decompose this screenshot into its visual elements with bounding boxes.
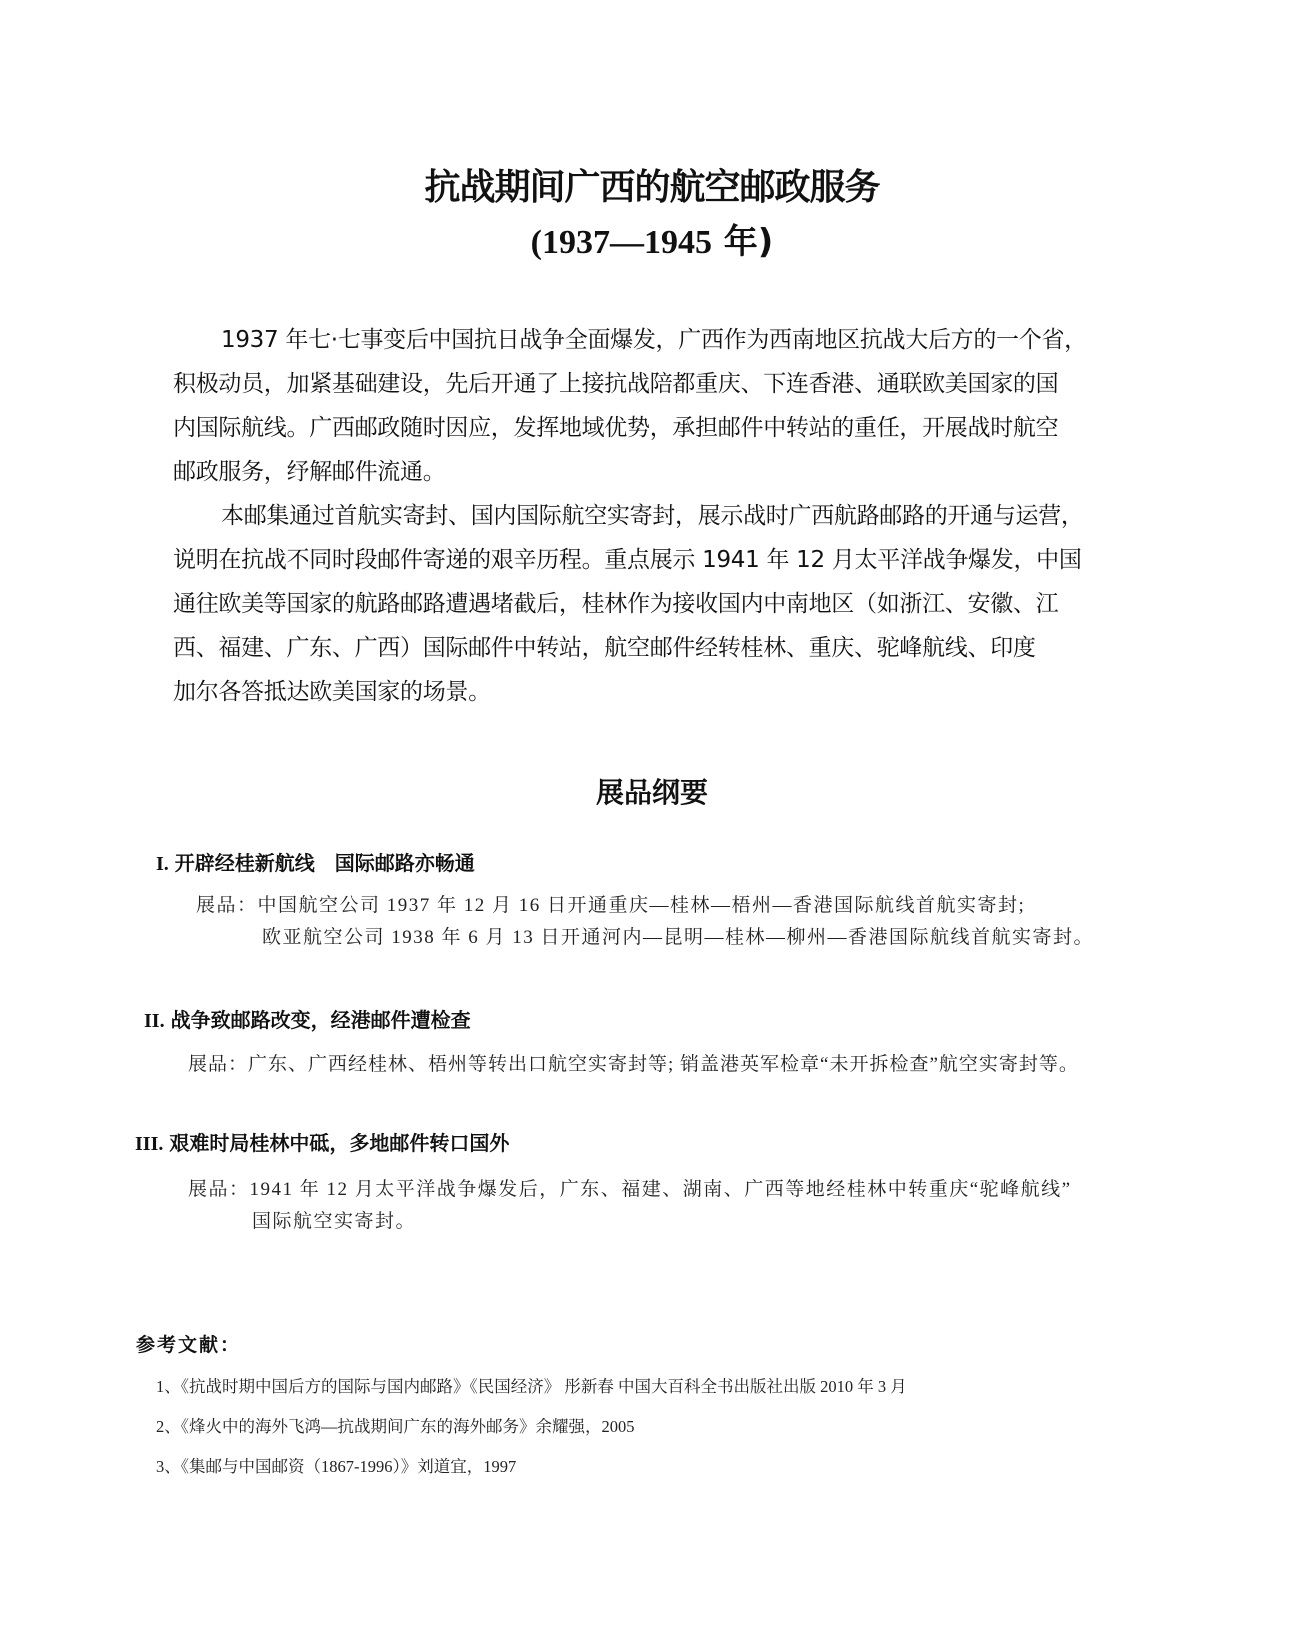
exhibit-line: 展品：广东、广西经桂林、梧州等转出口航空实寄封等; 销盖港英军检章“未开拆检查”…: [188, 1049, 1079, 1081]
section-heading-text: 开辟经桂新航线 国际邮路亦畅通: [175, 851, 475, 875]
outline-section-heading-2: II.战争致邮路改变，经港邮件遭检查: [144, 1005, 471, 1036]
exhibit-line: 展品：1941 年 12 月太平洋战争爆发后，广东、福建、湖南、广西等地经桂林中…: [188, 1174, 1072, 1206]
section-heading-text: 战争致邮路改变，经港邮件遭检查: [171, 1008, 471, 1032]
subtitle-suffix: 年): [712, 222, 773, 262]
document-title: 抗战期间广西的航空邮政服务: [0, 166, 1304, 210]
exhibit-line: 欧亚航空公司 1938 年 6 月 13 日开通河内—昆明—桂林—柳州—香港国际…: [262, 922, 1094, 954]
document-subtitle: (1937—1945 年): [0, 220, 1304, 265]
intro-line: 说明在抗战不同时段邮件寄递的艰辛历程。重点展示 1941 年 12 月太平洋战争…: [173, 538, 1133, 582]
intro-line: 加尔各答抵达欧美国家的场景。: [173, 670, 1133, 714]
exhibit-line: 展品：中国航空公司 1937 年 12 月 16 日开通重庆—桂林—梧州—香港国…: [196, 890, 1025, 922]
intro-line: 通往欧美等国家的航路邮路遭遇堵截后，桂林作为接收国内中南地区（如浙江、安徽、江: [173, 582, 1133, 626]
intro-line: 西、福建、广东、广西）国际邮件中转站，航空邮件经转桂林、重庆、驼峰航线、印度: [173, 626, 1133, 670]
intro-line: 1937 年七·七事变后中国抗日战争全面爆发，广西作为西南地区抗战大后方的一个省…: [173, 318, 1133, 362]
outline-title: 展品纲要: [0, 773, 1304, 813]
intro-line: 内国际航线。广西邮政随时因应，发挥地域优势，承担邮件中转站的重任，开展战时航空: [173, 406, 1133, 450]
intro-section: 1937 年七·七事变后中国抗日战争全面爆发，广西作为西南地区抗战大后方的一个省…: [173, 318, 1133, 714]
outline-section-heading-3: III.艰难时局桂林中砥，多地邮件转口国外: [135, 1128, 509, 1159]
outline-section-heading-1: I.开辟经桂新航线 国际邮路亦畅通: [156, 848, 475, 879]
intro-line: 积极动员，加紧基础建设，先后开通了上接抗战陪都重庆、下连香港、通联欧美国家的国: [173, 362, 1133, 406]
section-number: III.: [135, 1133, 163, 1155]
intro-paragraph-2: 本邮集通过首航实寄封、国内国际航空实寄封，展示战时广西航路邮路的开通与运营， 说…: [173, 494, 1133, 714]
reference-item: 1、《抗战时期中国后方的国际与国内邮路》《民国经济》 彤新春 中国大百科全书出版…: [156, 1373, 907, 1401]
section-heading-text: 艰难时局桂林中砥，多地邮件转口国外: [169, 1131, 509, 1155]
subtitle-years: (1937—1945: [531, 224, 712, 261]
section-number: II.: [144, 1010, 165, 1032]
intro-line: 邮政服务，纾解邮件流通。: [173, 450, 1133, 494]
reference-item: 2、《烽火中的海外飞鸿—抗战期间广东的海外邮务》余耀强，2005: [156, 1413, 635, 1441]
section-number: I.: [156, 853, 169, 875]
exhibit-line: 国际航空实寄封。: [252, 1206, 416, 1238]
intro-paragraph-1: 1937 年七·七事变后中国抗日战争全面爆发，广西作为西南地区抗战大后方的一个省…: [173, 318, 1133, 494]
reference-item: 3、《集邮与中国邮资（1867-1996）》刘道宜，1997: [156, 1453, 516, 1481]
intro-line: 本邮集通过首航实寄封、国内国际航空实寄封，展示战时广西航路邮路的开通与运营，: [173, 494, 1133, 538]
references-title: 参考文献：: [136, 1330, 241, 1357]
